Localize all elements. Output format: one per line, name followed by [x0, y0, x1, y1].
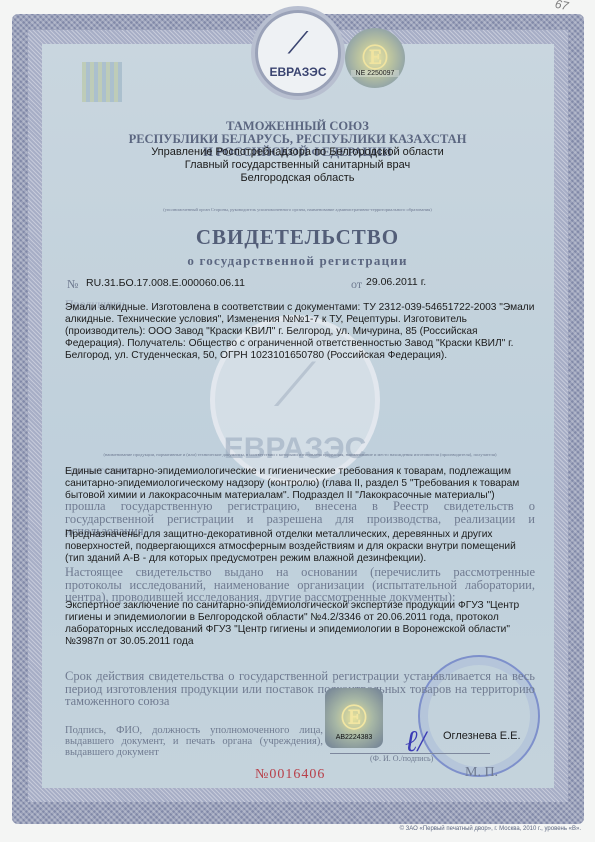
hologram-strip — [82, 62, 122, 102]
product-usage: Предназначены для защитно-декоративной о… — [65, 529, 535, 565]
product-caption: (наименование продукции, нормативные и (… — [65, 452, 535, 457]
registration-number-label: № — [67, 277, 78, 292]
document-title: СВИДЕТЕЛЬСТВО — [60, 225, 535, 250]
authority-region: Белгородская область — [60, 172, 535, 185]
authority-caption: (уполномоченный орган Стороны, руководит… — [60, 207, 535, 212]
serial-number: №0016406 — [255, 767, 325, 783]
evrazes-logo-text: ЕВРАЗЭС — [258, 65, 338, 79]
conformity-requirements: Единые санитарно-эпидемиологические и ги… — [65, 466, 535, 502]
signature-caption: (Ф. И. О./подпись) — [370, 754, 433, 763]
evrazes-logo: ⟋ ЕВРАЗЭС — [255, 10, 341, 96]
hologram-seal: Ⓔ NE 2250097 — [345, 28, 405, 88]
printer-footer: © ЗАО «Первый печатный двор», г. Москва,… — [400, 826, 581, 832]
header-line1: ТАМОЖЕННЫЙ СОЮЗ — [60, 120, 535, 132]
registration-date-label: от — [351, 277, 362, 292]
basis-documents: Экспертное заключение по санитарно-эпиде… — [65, 600, 535, 648]
watermark-text: ЕВРАЗЭС — [215, 432, 375, 466]
signatory-name: Оглезнева Е.Е. — [443, 730, 521, 742]
document-subtitle: о государственной регистрации — [60, 253, 535, 269]
eac-mark-icon: Ⓔ — [325, 698, 383, 735]
basis-label: Настоящее свидетельство выдано на основа… — [65, 566, 535, 604]
signature-label: Подпись, ФИО, должность уполномоченного … — [65, 725, 323, 758]
product-description: Эмали алкидные. Изготовлена в соответств… — [65, 302, 535, 362]
hologram-sticker-number: AB2224383 — [329, 734, 379, 741]
page-number-handwritten: 67 — [554, 0, 570, 13]
registration-date: 29.06.2011 г. — [366, 276, 426, 288]
validity-statement: Срок действия свидетельства о государств… — [65, 670, 535, 708]
seal-mark: М. П. — [465, 765, 498, 781]
authority-name: Управление Роспотребнадзора по Белгородс… — [60, 146, 535, 159]
hologram-sticker: Ⓔ AB2224383 — [325, 688, 383, 748]
authority-position: Главный государственный санитарный врач — [60, 159, 535, 172]
evrazes-emblem-icon: ⟋ — [276, 29, 320, 59]
hologram-number: NE 2250097 — [351, 70, 399, 77]
header-line2: РЕСПУБЛИКИ БЕЛАРУСЬ, РЕСПУБЛИКИ КАЗАХСТА… — [60, 133, 535, 145]
registration-number: RU.31.БО.17.008.Е.000060.06.11 — [86, 277, 245, 289]
